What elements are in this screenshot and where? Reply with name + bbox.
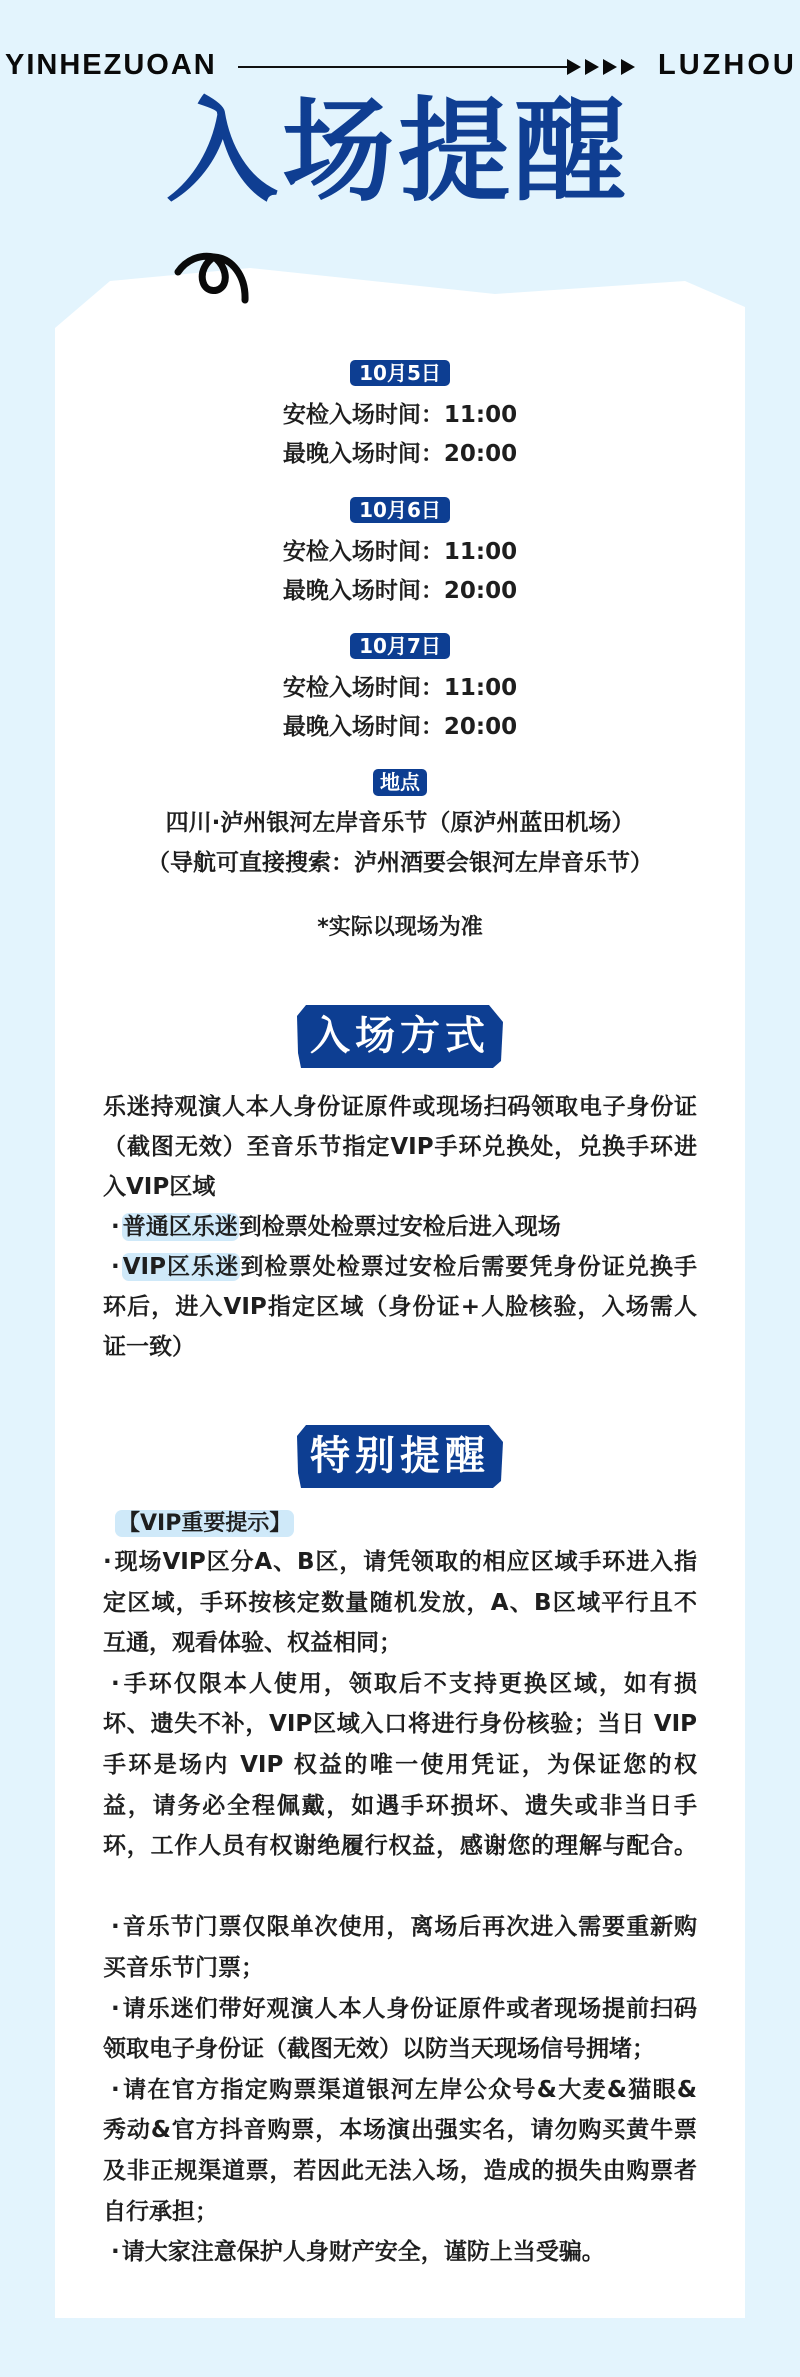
schedule-day-3: 10月7日 安检入场时间：11:00 最晚入场时间：20:00 [55, 633, 745, 747]
bullet-line: ·VIP区乐迷到检票处检票过安检后需要凭身份证兑换手 [103, 1247, 697, 1287]
bullet-icon: · [111, 1254, 120, 1280]
special-reminder-heading: 特别提醒 [297, 1425, 503, 1488]
text-line: 坏、遗失不补，VIP区域入口将进行身份核验；当日 VIP [103, 1704, 697, 1745]
highlight-regular-zone: 普通区乐迷 [122, 1213, 239, 1241]
security-entry-time: 安检入场时间：11:00 [55, 533, 745, 572]
text-segment: 到检票处检票过安检后需要凭身份证兑换手 [240, 1254, 697, 1280]
bullet-line: ·请在官方指定购票渠道银河左岸公众号&大麦&猫眼& [103, 2070, 697, 2111]
date-badge: 10月5日 [350, 360, 450, 386]
latest-entry-time: 最晚入场时间：20:00 [55, 572, 745, 611]
text-segment: 手环仅限本人使用，领取后不支持更换区域，如有损 [122, 1671, 697, 1697]
text-line: 定区域，手环按核定数量随机发放，A、B区域平行且不 [103, 1583, 697, 1624]
text-line: 买音乐节门票； [103, 1948, 697, 1989]
text-line: 环后，进入VIP指定区域（身份证+人脸核验，入场需人 [103, 1287, 697, 1327]
bullet-line: ·请乐迷们带好观演人本人身份证原件或者现场提前扫码 [103, 1989, 697, 2030]
highlight-vip-zone: VIP区乐迷 [122, 1253, 241, 1281]
blank-line [103, 1867, 697, 1908]
latest-entry-time: 最晚入场时间：20:00 [55, 708, 745, 747]
text-line: 益，请务必全程佩戴，如遇手环损坏、遗失或非当日手 [103, 1786, 697, 1827]
bullet-icon: · [111, 1671, 120, 1697]
bullet-icon: · [103, 1549, 112, 1575]
bullet-icon: · [111, 1214, 120, 1240]
bullet-icon: · [111, 1996, 120, 2022]
schedule-day-1: 10月5日 安检入场时间：11:00 最晚入场时间：20:00 [55, 360, 745, 474]
text-line: 自行承担； [103, 2192, 697, 2233]
bullet-line: ·音乐节门票仅限单次使用，离场后再次进入需要重新购 [103, 1907, 697, 1948]
bullet-line: ·普通区乐迷到检票处检票过安检后进入现场 [103, 1207, 697, 1247]
location-note: *实际以现场为准 [55, 913, 745, 943]
text-line: （截图无效）至音乐节指定VIP手环兑换处，兑换手环进 [103, 1127, 697, 1167]
location-address: 四川·泸州银河左岸音乐节（原泸州蓝田机场） [55, 803, 745, 843]
schedule-day-2: 10月6日 安检入场时间：11:00 最晚入场时间：20:00 [55, 497, 745, 611]
text-segment: 请乐迷们带好观演人本人身份证原件或者现场提前扫码 [122, 1996, 697, 2022]
text-line: 环，工作人员有权谢绝履行权益，感谢您的理解与配合。 [103, 1826, 697, 1867]
date-badge: 10月6日 [350, 497, 450, 523]
text-segment: 请大家注意保护人身财产安全，谨防上当受骗。 [122, 2239, 605, 2265]
entry-method-heading: 入场方式 [297, 1005, 503, 1068]
text-line: 入VIP区域 [103, 1167, 697, 1207]
location-badge: 地点 [373, 769, 427, 796]
location-section: 地点 四川·泸州银河左岸音乐节（原泸州蓝田机场） （导航可直接搜索：泸州酒要会银… [55, 769, 745, 883]
text-segment: 音乐节门票仅限单次使用，离场后再次进入需要重新购 [122, 1914, 697, 1940]
bullet-line: ·请大家注意保护人身财产安全，谨防上当受骗。 [103, 2232, 697, 2273]
entry-method-body: 乐迷持观演人本人身份证原件或现场扫码领取电子身份证 （截图无效）至音乐节指定VI… [103, 1087, 697, 1367]
special-reminder-body: ·现场VIP区分A、B区，请凭领取的相应区域手环进入指 定区域，手环按核定数量随… [103, 1542, 697, 2273]
location-navigation-hint: （导航可直接搜索：泸州酒要会银河左岸音乐节） [55, 843, 745, 883]
date-badge: 10月7日 [350, 633, 450, 659]
bullet-icon: · [111, 2077, 120, 2103]
text-line: 秀动&官方抖音购票，本场演出强实名，请勿购买黄牛票 [103, 2110, 697, 2151]
bullet-icon: · [111, 1914, 120, 1940]
text-line: 乐迷持观演人本人身份证原件或现场扫码领取电子身份证 [103, 1087, 697, 1127]
text-line: 及非正规渠道票，若因此无法入场，造成的损失由购票者 [103, 2151, 697, 2192]
vip-notice-label: 【VIP重要提示】 [115, 1510, 294, 1537]
security-entry-time: 安检入场时间：11:00 [55, 669, 745, 708]
bullet-line: ·手环仅限本人使用，领取后不支持更换区域，如有损 [103, 1664, 697, 1705]
bullet-icon: · [111, 2239, 120, 2265]
latest-entry-time: 最晚入场时间：20:00 [55, 435, 745, 474]
text-line: 手环是场内 VIP 权益的唯一使用凭证，为保证您的权 [103, 1745, 697, 1786]
text-segment: 到检票处检票过安检后进入现场 [239, 1214, 561, 1240]
text-segment: 请在官方指定购票渠道银河左岸公众号&大麦&猫眼& [122, 2077, 697, 2103]
text-line: 互通，观看体验、权益相同； [103, 1623, 697, 1664]
text-line: 证一致） [103, 1327, 697, 1367]
text-segment: 现场VIP区分A、B区，请凭领取的相应区域手环进入指 [114, 1549, 697, 1575]
bullet-line: ·现场VIP区分A、B区，请凭领取的相应区域手环进入指 [103, 1542, 697, 1583]
text-line: 领取电子身份证（截图无效）以防当天现场信号拥堵； [103, 2029, 697, 2070]
security-entry-time: 安检入场时间：11:00 [55, 396, 745, 435]
